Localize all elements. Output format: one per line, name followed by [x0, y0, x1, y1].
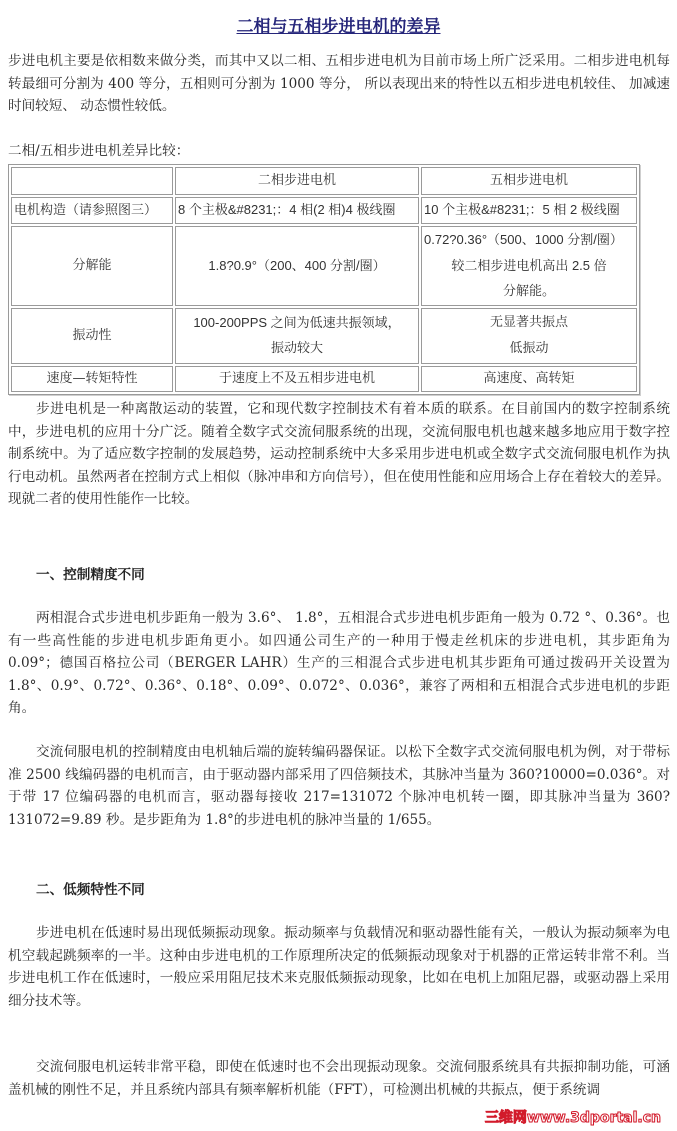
comparison-table: 二相步进电机 五相步进电机 电机构造（请参照图三） 8 个主极&#8231;：4…	[8, 164, 640, 395]
table-header-empty	[11, 167, 173, 195]
cell-five-phase-construction: 10 个主极&#8231;：5 相 2 极线圈	[421, 197, 637, 224]
cell-two-phase-resolution: 1.8?0.9°（200、400 分割/圈）	[175, 226, 419, 306]
watermark-logo: 三维网www.3dportal.cn	[485, 1107, 661, 1127]
cell-five-phase-resolution: 0.72?0.36°（500、1000 分割/圈） 较二相步进电机高出 2.5 …	[421, 226, 637, 306]
paragraph-servo-smooth: 交流伺服电机运转非常平稳，即使在低速时也不会出现振动现象。交流伺服系统具有共振抑…	[8, 1056, 670, 1101]
paragraph-overview: 步进电机是一种离散运动的装置，它和现代数字控制技术有着本质的联系。在目前国内的数…	[8, 398, 670, 511]
cell-text: 1.8?0.9°（200、400 分割/圈）	[208, 258, 385, 273]
table-header-row: 二相步进电机 五相步进电机	[11, 167, 637, 195]
cell-line: 较二相步进电机高出 2.5 倍	[424, 253, 634, 279]
section-heading-low-frequency: 二、低频特性不同	[36, 878, 145, 898]
cell-five-phase-vibration: 无显著共振点 低振动	[421, 308, 637, 364]
paragraph-low-frequency-vibration: 步进电机在低速时易出现低频振动现象。振动频率与负载情况和驱动器性能有关，一般认为…	[8, 922, 670, 1012]
table-row: 分解能 1.8?0.9°（200、400 分割/圈） 0.72?0.36°（50…	[11, 226, 637, 306]
cell-line: 低振动	[424, 336, 634, 362]
cell-line: 无显著共振点	[424, 310, 634, 336]
section-heading-control-precision: 一、控制精度不同	[36, 563, 145, 583]
cell-five-phase-speed-torque: 高速度、高转矩	[421, 366, 637, 392]
cell-line: 分解能。	[424, 279, 634, 305]
cell-two-phase-construction: 8 个主极&#8231;：4 相(2 相)4 极线圈	[175, 197, 419, 224]
page-title[interactable]: 二相与五相步进电机的差异	[0, 12, 677, 37]
table-header-two-phase: 二相步进电机	[175, 167, 419, 195]
cell-line: 0.72?0.36°（500、1000 分割/圈）	[424, 227, 634, 253]
cell-two-phase-speed-torque: 于速度上不及五相步进电机	[175, 366, 419, 392]
row-label-resolution: 分解能	[11, 226, 173, 306]
cell-text: 8 个主极&#8231;：4 相(2 相)4 极线圈	[178, 202, 395, 217]
table-header-five-phase: 五相步进电机	[421, 167, 637, 195]
row-label-speed-torque: 速度—转矩特性	[11, 366, 173, 392]
table-row: 速度—转矩特性 于速度上不及五相步进电机 高速度、高转矩	[11, 366, 637, 392]
cell-line: 100-200PPS 之间为低速共振领域，	[178, 310, 416, 336]
row-label-vibration: 振动性	[11, 308, 173, 364]
row-label-construction: 电机构造（请参照图三）	[11, 197, 173, 224]
table-row: 电机构造（请参照图三） 8 个主极&#8231;：4 相(2 相)4 极线圈 1…	[11, 197, 637, 224]
table-row: 振动性 100-200PPS 之间为低速共振领域， 振动较大 无显著共振点 低振…	[11, 308, 637, 364]
cell-line: 振动较大	[178, 336, 416, 362]
cell-two-phase-vibration: 100-200PPS 之间为低速共振领域， 振动较大	[175, 308, 419, 364]
paragraph-servo-precision: 交流伺服电机的控制精度由电机轴后端的旋转编码器保证。以松下全数字式交流伺服电机为…	[8, 741, 670, 831]
table-caption: 二相/五相步进电机差异比较：	[8, 140, 670, 163]
intro-paragraph: 步进电机主要是依相数来做分类，而其中又以二相、五相步进电机为目前市场上所广泛采用…	[8, 50, 670, 118]
paragraph-step-angle: 两相混合式步进电机步距角一般为 3.6°、 1.8°，五相混合式步进电机步距角一…	[8, 607, 670, 720]
cell-text: 10 个主极&#8231;：5 相 2 极线圈	[424, 202, 620, 217]
